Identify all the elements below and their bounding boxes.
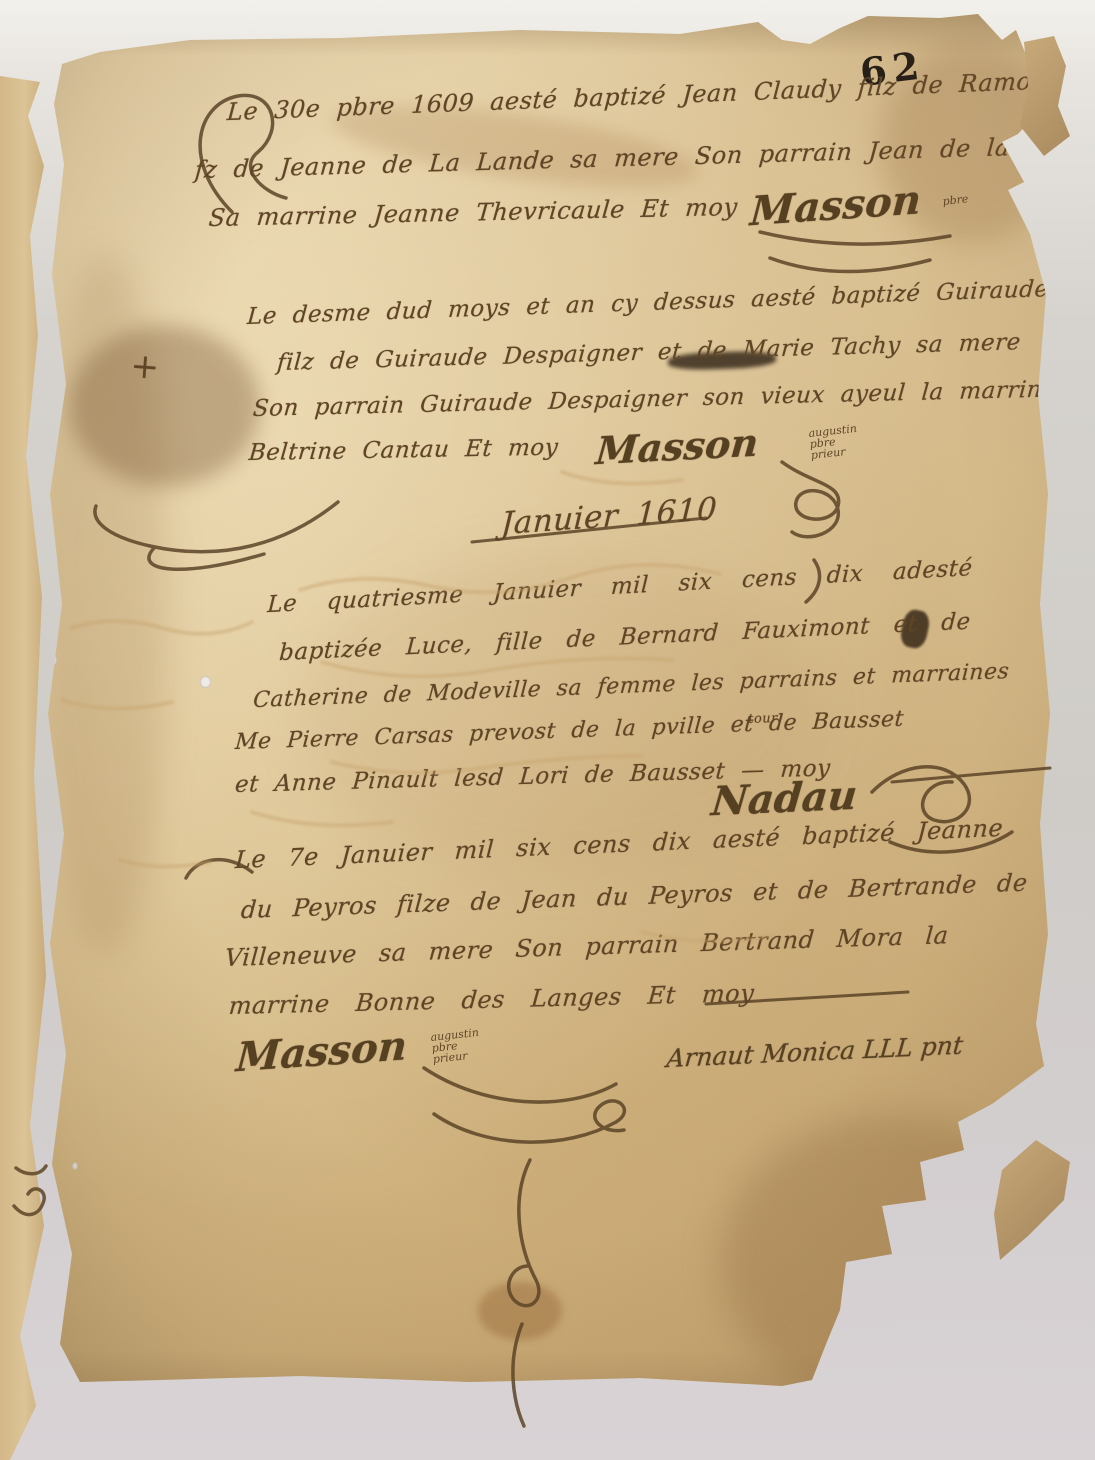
month-heading: Januier 1610: [500, 491, 718, 542]
entry3-line4: Me Pierre Carsas prevost de la pville et…: [234, 707, 905, 755]
entry4-signature: Masson: [235, 1022, 409, 1081]
worm-hole: [72, 1162, 78, 1170]
entry3-line2: baptizée Luce, fille de Bernard Fauximon…: [278, 609, 971, 666]
worm-hole: [200, 676, 211, 688]
entry4-line4: marrine Bonne des Langes Et moy: [228, 979, 756, 1020]
worm-hole: [34, 508, 43, 519]
entry4-line3: Villeneuve sa mere Son parrain Bertrand …: [224, 921, 950, 972]
stain-left-blotch: [70, 326, 260, 486]
entry1-signature-note: pbre: [942, 189, 1007, 207]
stain-blob-bottom: [478, 1282, 562, 1340]
entry3-interline-word: tour: [748, 711, 778, 727]
entry3-signature: Nadau: [709, 772, 859, 826]
entry4-line2: du Peyros filze de Jean du Peyros et de …: [240, 869, 1029, 925]
entry2-signature: Masson: [594, 419, 760, 473]
entry4-cosigner-signature: Arnaut Monica LLL pnt: [665, 1031, 964, 1074]
worm-hole: [48, 654, 57, 666]
left-page-stub: [0, 76, 54, 1460]
entry2-line1: Le desme dud moys et an cy dessus aesté …: [246, 271, 1095, 330]
entry3-line1: Le quatriesme Januier mil six cens dix a…: [267, 555, 974, 618]
entry1-line1: Le 30e pbre 1609 aesté baptizé Jean Clau…: [226, 63, 1095, 126]
entry4-signature-note: augustin pbre prieur: [430, 1025, 497, 1065]
entry2-line2: filz de Guiraude Despaigner et de Marie …: [276, 329, 1022, 376]
torn-flap-bottom-right: [994, 1140, 1074, 1262]
entry2-line3: Son parrain Guiraude Despaigner son vieu…: [252, 376, 1057, 422]
entry2-signature-note: augustin pbre prieur: [808, 421, 875, 461]
entry1-line3: Sa marrine Jeanne Thevricaule Et moy: [208, 193, 739, 232]
entry3-line3: Catherine de Modeville sa femme les parr…: [252, 659, 1010, 713]
photo-backdrop: 62 Le 30e pbre 1609 aesté baptizé Jean C…: [0, 0, 1095, 1460]
entry1-line2: fz de Jeanne de La Lande sa mere Son par…: [194, 131, 1095, 184]
entry2-line4: Beltrine Cantau Et moy: [248, 435, 560, 466]
entry2-margin-cross: +: [129, 346, 161, 388]
entry4-line1: Le 7e Januier mil six cens dix aesté bap…: [234, 814, 1004, 874]
manuscript-page: 62 Le 30e pbre 1609 aesté baptizé Jean C…: [40, 14, 1095, 1406]
entry1-signature: Masson: [749, 176, 923, 235]
stain-bottom-right: [720, 1114, 1060, 1404]
